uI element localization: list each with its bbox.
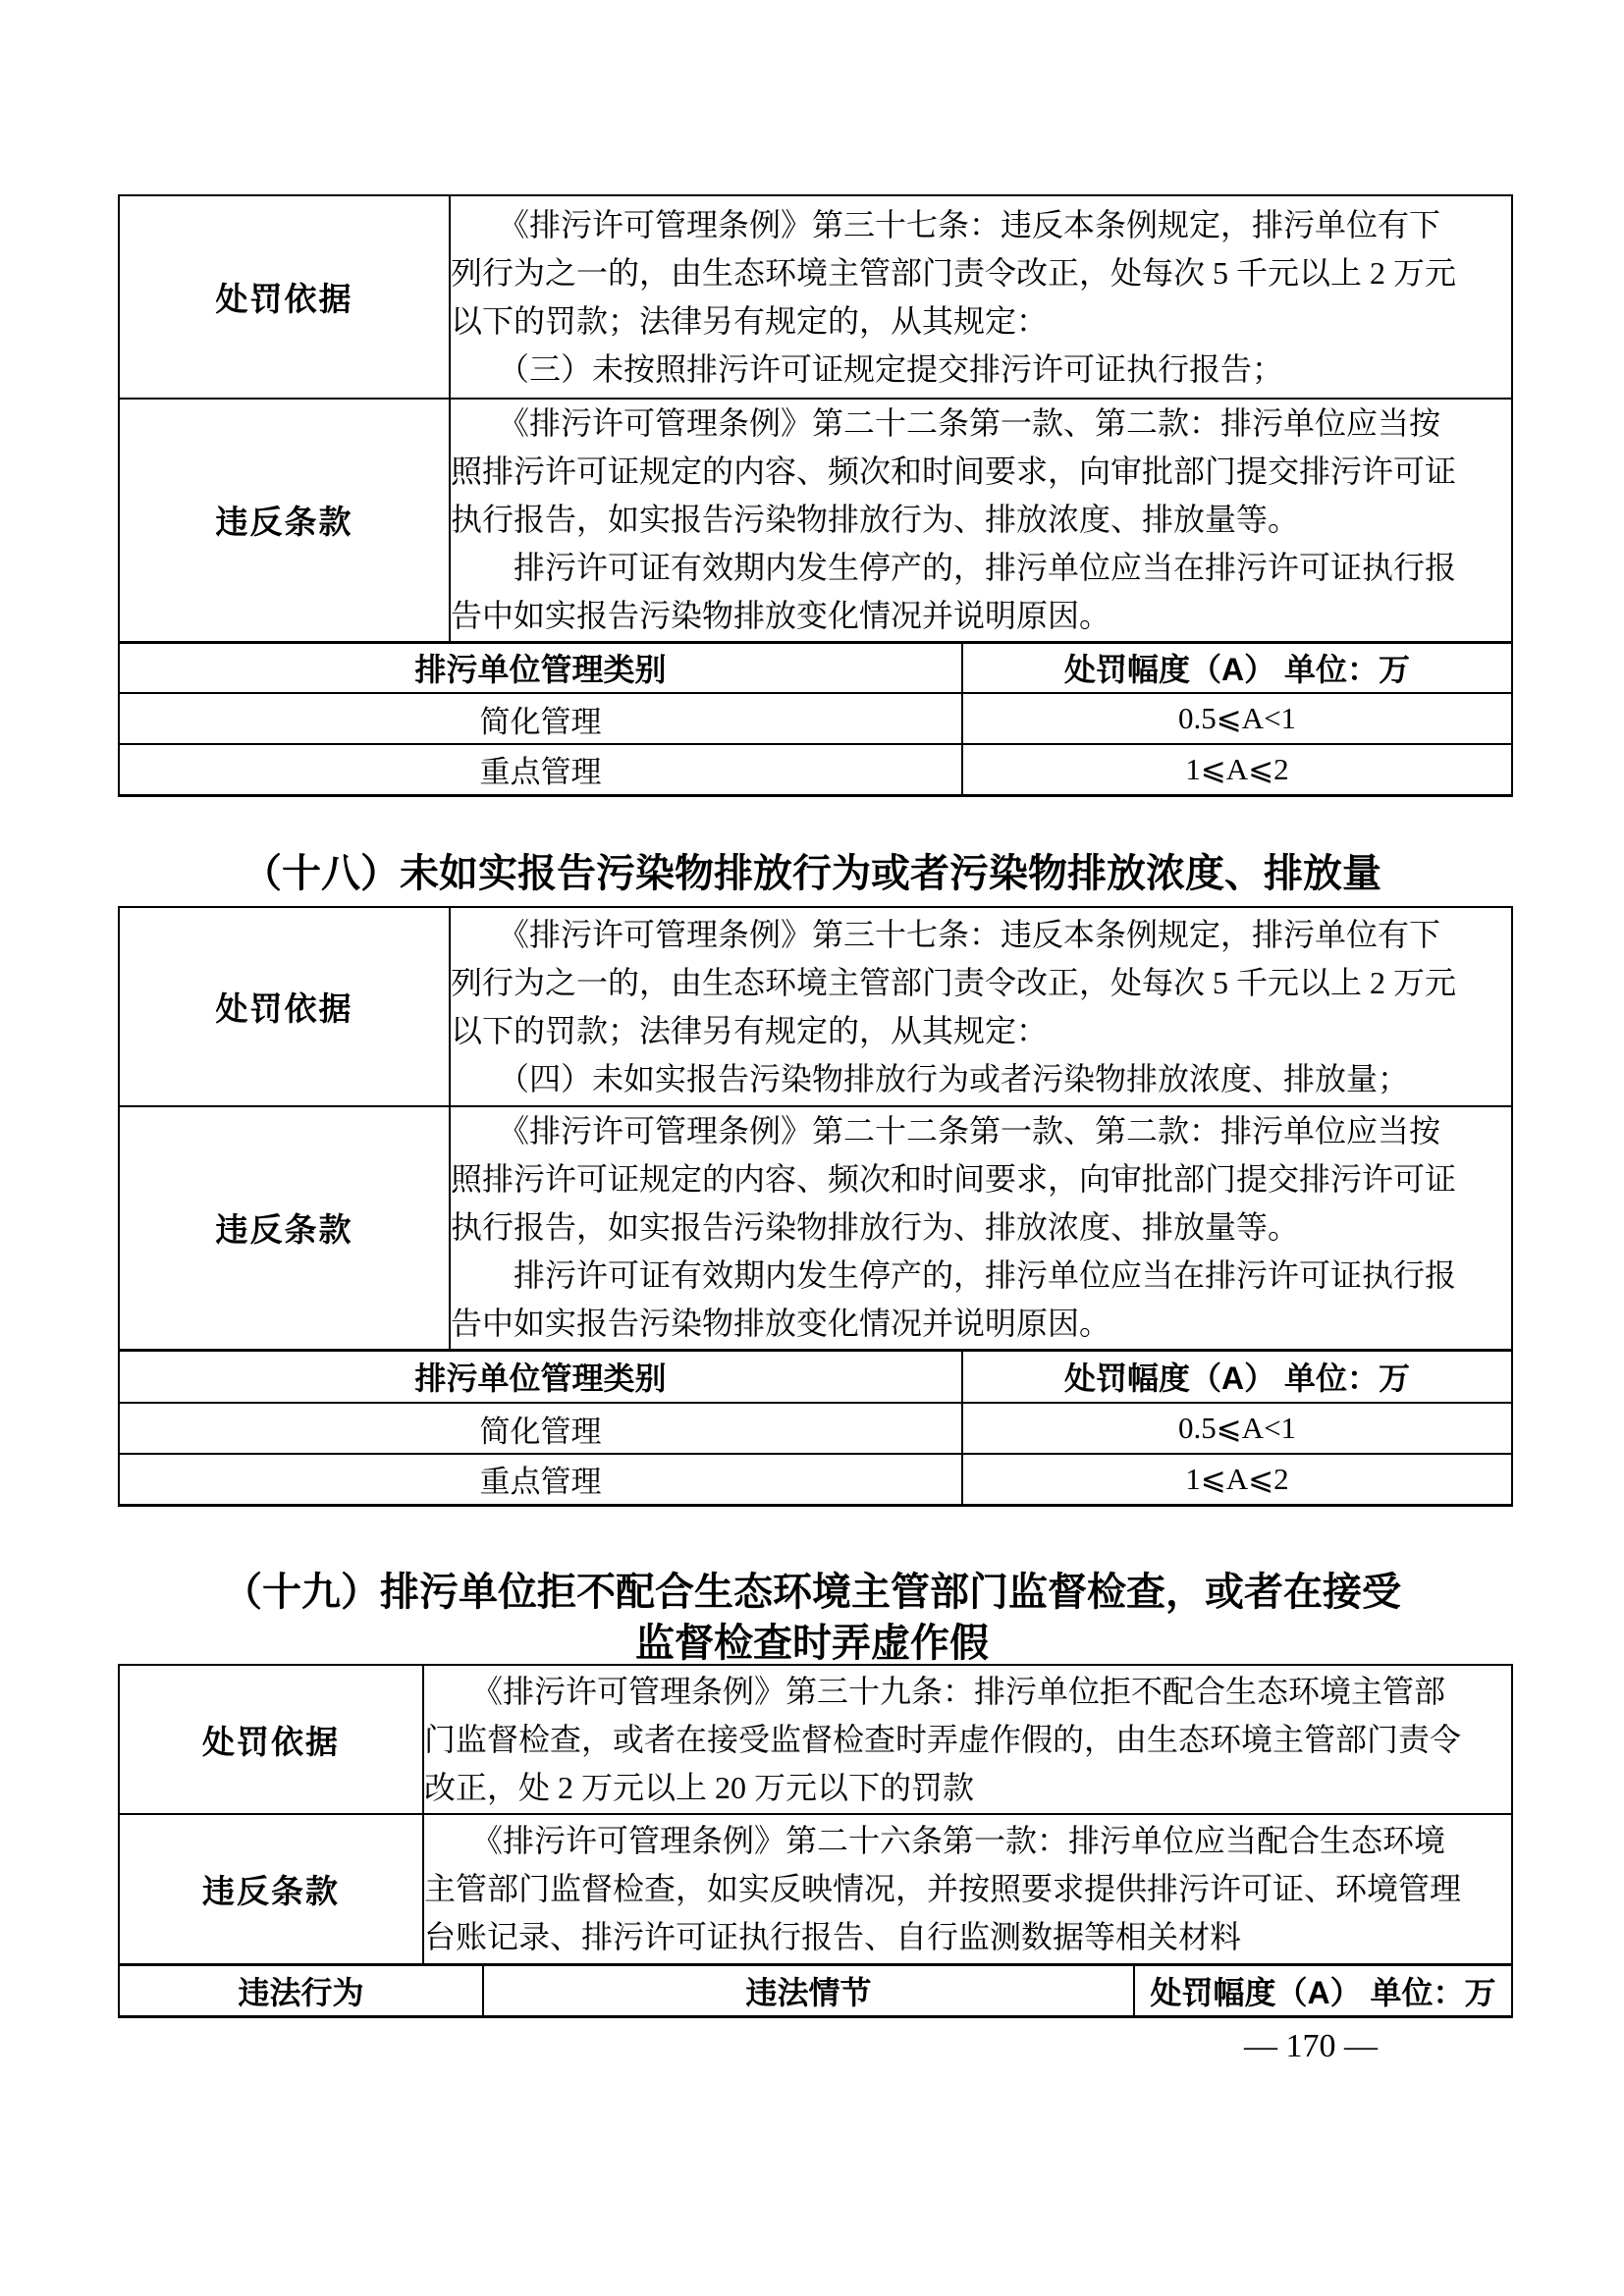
violated-clause-content: 《排污许可管理条例》第二十六条第一款：排污单位应当配合生态环境 主管部门监督检查… (423, 1814, 1512, 1964)
text-line: 列行为之一的，由生态环境主管部门责令改正，处每次 5 千元以上 2 万元 (451, 959, 1511, 1007)
text-line: 告中如实报告污染物排放变化情况并说明原因。 (451, 592, 1511, 640)
violated-clause-row: 违反条款 《排污许可管理条例》第二十二条第一款、第二款：排污单位应当按 照排污许… (119, 399, 1512, 642)
text-line: 排污许可证有效期内发生停产的，排污单位应当在排污许可证执行报 (451, 544, 1511, 592)
text-line: （四）未如实报告污染物排放行为或者污染物排放浓度、排放量； (451, 1055, 1511, 1103)
text-line: 排污许可证有效期内发生停产的，排污单位应当在排污许可证执行报 (451, 1252, 1511, 1300)
text-line: 台账记录、排污许可证执行报告、自行监测数据等相关材料 (424, 1913, 1511, 1961)
violated-clause-label: 违反条款 (119, 1814, 423, 1964)
text-line: 《排污许可管理条例》第三十七条：违反本条例规定，排污单位有下 (451, 911, 1511, 959)
violation-circumstance-header: 违法情节 (483, 1964, 1134, 2016)
penalty-range-value: 0.5⩽A<1 (962, 1403, 1512, 1454)
text-line: 《排污许可管理条例》第二十六条第一款：排污单位应当配合生态环境 (424, 1817, 1511, 1865)
penalty-range-header: 处罚幅度（A） 单位：万 (1134, 1964, 1512, 2016)
violated-clause-label: 违反条款 (119, 399, 450, 642)
text-line: 《排污许可管理条例》第二十二条第一款、第二款：排污单位应当按 (451, 1107, 1511, 1155)
section-heading-19-line1: （十九）排污单位拒不配合生态环境主管部门监督检查，或者在接受 (0, 1567, 1624, 1618)
penalty-range-value: 1⩽A⩽2 (962, 744, 1512, 795)
category-name: 重点管理 (119, 1454, 962, 1505)
page-number: — 170 — (1139, 2028, 1483, 2065)
text-line: （三）未按照排污许可证规定提交排污许可证执行报告； (451, 346, 1511, 394)
violated-clause-content: 《排污许可管理条例》第二十二条第一款、第二款：排污单位应当按 照排污许可证规定的… (450, 1106, 1512, 1350)
text-line: 照排污许可证规定的内容、频次和时间要求，向审批部门提交排污许可证 (451, 1155, 1511, 1203)
category-name-header: 排污单位管理类别 (119, 642, 962, 693)
violation-header-row: 违法行为 违法情节 处罚幅度（A） 单位：万 (119, 1964, 1512, 2016)
text-line: 执行报告，如实报告污染物排放行为、排放浓度、排放量等。 (451, 1203, 1511, 1252)
section-heading-19-line2: 监督检查时弄虚作假 (0, 1618, 1624, 1669)
penalty-range-value: 0.5⩽A<1 (962, 693, 1512, 744)
violation-behavior-header: 违法行为 (119, 1964, 483, 2016)
text-line: 列行为之一的，由生态环境主管部门责令改正，处每次 5 千元以上 2 万元 (451, 249, 1511, 297)
category-name: 简化管理 (119, 1403, 962, 1454)
violated-clause-label: 违反条款 (119, 1106, 450, 1350)
violated-clause-row: 违反条款 《排污许可管理条例》第二十二条第一款、第二款：排污单位应当按 照排污许… (119, 1106, 1512, 1350)
category-header-row: 排污单位管理类别 处罚幅度（A） 单位：万 (119, 1350, 1512, 1403)
text-line: 主管部门监督检查，如实反映情况，并按照要求提供排污许可证、环境管理 (424, 1865, 1511, 1913)
category-name: 简化管理 (119, 693, 962, 744)
violated-clause-row: 违反条款 《排污许可管理条例》第二十六条第一款：排污单位应当配合生态环境 主管部… (119, 1814, 1512, 1964)
section-heading-18: （十八）未如实报告污染物排放行为或者污染物排放浓度、排放量 (0, 848, 1624, 899)
category-row: 重点管理 1⩽A⩽2 (119, 744, 1512, 795)
penalty-basis-label: 处罚依据 (119, 907, 450, 1106)
penalty-basis-label: 处罚依据 (119, 1665, 423, 1814)
text-line: 告中如实报告污染物排放变化情况并说明原因。 (451, 1300, 1511, 1348)
document-page: { "page_number": "— 170 —", "headings": … (0, 0, 1624, 2296)
penalty-range-header: 处罚幅度（A） 单位：万 (962, 642, 1512, 693)
text-line: 门监督检查，或者在接受监督检查时弄虚作假的，由生态环境主管部门责令 (424, 1716, 1511, 1764)
category-name: 重点管理 (119, 744, 962, 795)
penalty-table-18: 处罚依据 《排污许可管理条例》第三十七条：违反本条例规定，排污单位有下 列行为之… (118, 906, 1513, 1507)
text-line: 改正，处 2 万元以上 20 万元以下的罚款 (424, 1764, 1511, 1812)
penalty-basis-label: 处罚依据 (119, 195, 450, 399)
text-line: 照排污许可证规定的内容、频次和时间要求，向审批部门提交排污许可证 (451, 448, 1511, 496)
text-line: 执行报告，如实报告污染物排放行为、排放浓度、排放量等。 (451, 496, 1511, 544)
text-line: 以下的罚款；法律另有规定的，从其规定： (451, 1007, 1511, 1055)
category-row: 重点管理 1⩽A⩽2 (119, 1454, 1512, 1505)
penalty-range-header: 处罚幅度（A） 单位：万 (962, 1350, 1512, 1403)
penalty-table-19: 处罚依据 《排污许可管理条例》第三十九条：排污单位拒不配合生态环境主管部 门监督… (118, 1664, 1513, 2018)
text-line: 《排污许可管理条例》第三十九条：排污单位拒不配合生态环境主管部 (424, 1668, 1511, 1716)
text-line: 以下的罚款；法律另有规定的，从其规定： (451, 297, 1511, 346)
penalty-basis-row: 处罚依据 《排污许可管理条例》第三十九条：排污单位拒不配合生态环境主管部 门监督… (119, 1665, 1512, 1814)
penalty-basis-content: 《排污许可管理条例》第三十七条：违反本条例规定，排污单位有下 列行为之一的，由生… (450, 195, 1512, 399)
category-row: 简化管理 0.5⩽A<1 (119, 693, 1512, 744)
penalty-range-value: 1⩽A⩽2 (962, 1454, 1512, 1505)
category-header-row: 排污单位管理类别 处罚幅度（A） 单位：万 (119, 642, 1512, 693)
penalty-basis-row: 处罚依据 《排污许可管理条例》第三十七条：违反本条例规定，排污单位有下 列行为之… (119, 195, 1512, 399)
penalty-basis-content: 《排污许可管理条例》第三十九条：排污单位拒不配合生态环境主管部 门监督检查，或者… (423, 1665, 1512, 1814)
penalty-basis-row: 处罚依据 《排污许可管理条例》第三十七条：违反本条例规定，排污单位有下 列行为之… (119, 907, 1512, 1106)
text-line: 《排污许可管理条例》第三十七条：违反本条例规定，排污单位有下 (451, 201, 1511, 249)
section-heading-19: （十九）排污单位拒不配合生态环境主管部门监督检查，或者在接受 监督检查时弄虚作假 (0, 1567, 1624, 1669)
penalty-table-17: 处罚依据 《排污许可管理条例》第三十七条：违反本条例规定，排污单位有下 列行为之… (118, 194, 1513, 797)
text-line: 《排污许可管理条例》第二十二条第一款、第二款：排污单位应当按 (451, 400, 1511, 448)
category-name-header: 排污单位管理类别 (119, 1350, 962, 1403)
category-row: 简化管理 0.5⩽A<1 (119, 1403, 1512, 1454)
penalty-basis-content: 《排污许可管理条例》第三十七条：违反本条例规定，排污单位有下 列行为之一的，由生… (450, 907, 1512, 1106)
violated-clause-content: 《排污许可管理条例》第二十二条第一款、第二款：排污单位应当按 照排污许可证规定的… (450, 399, 1512, 642)
